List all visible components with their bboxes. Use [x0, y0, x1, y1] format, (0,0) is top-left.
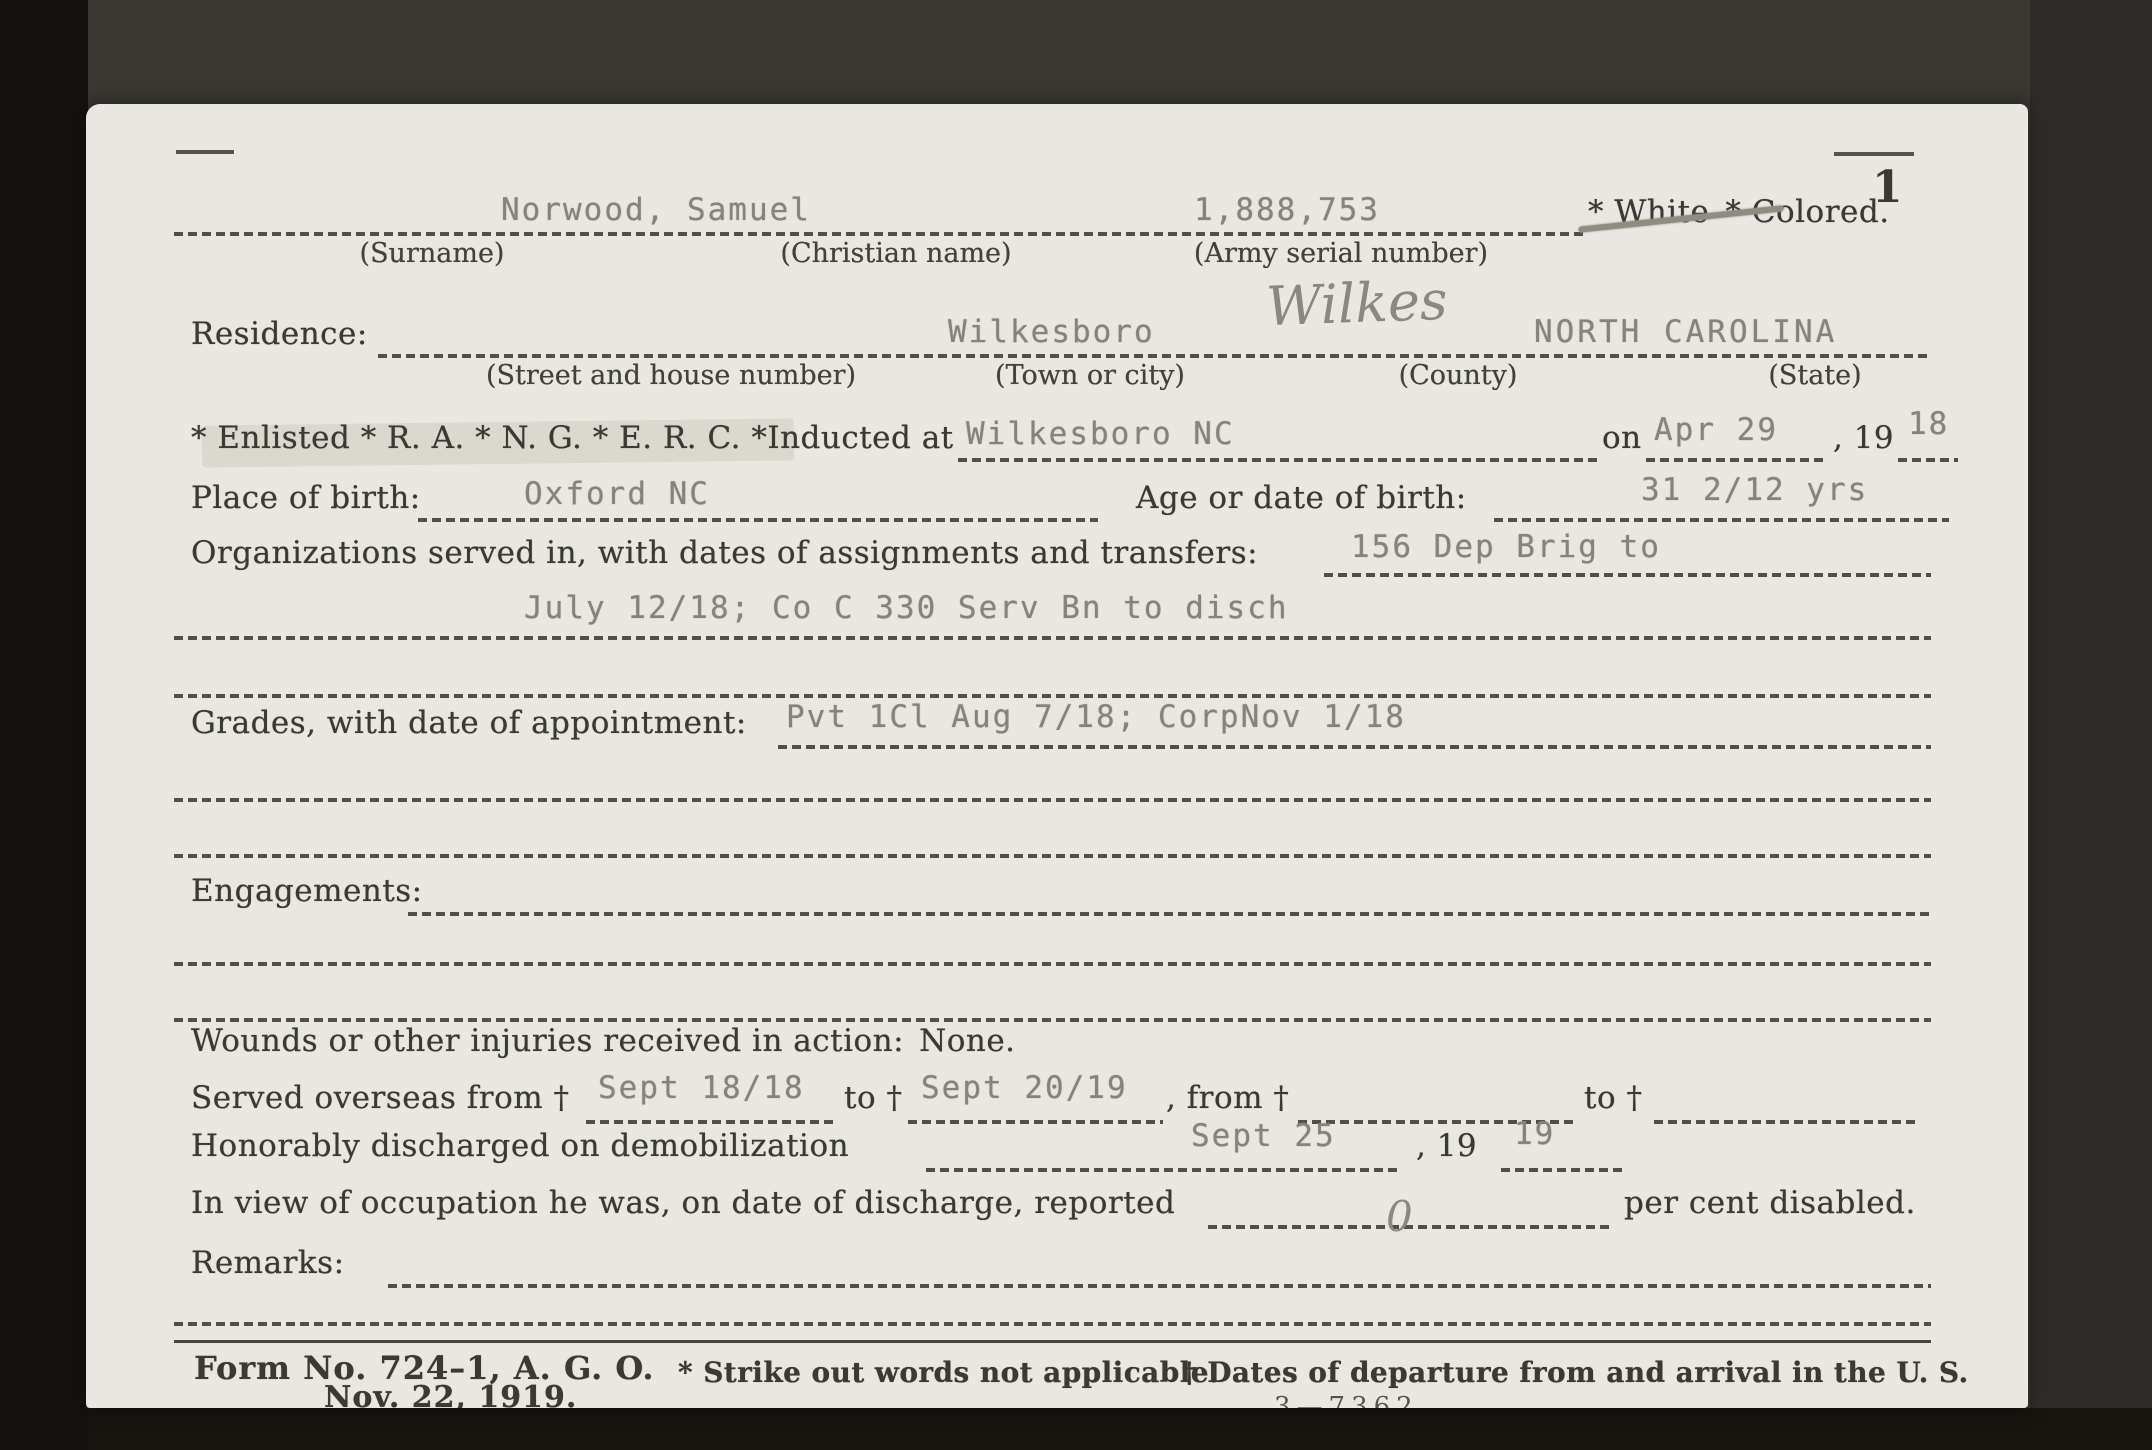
enlisted-inducted-label: * Enlisted * R. A. * N. G. * E. R. C. *I…: [191, 420, 954, 456]
discharge-year-value: 19: [1514, 1116, 1555, 1152]
induction-year-value: 18: [1908, 406, 1949, 442]
disability-prefix-label: In view of occupation he was, on date of…: [191, 1185, 1175, 1221]
age-or-date-of-birth-label: Age or date of birth:: [1136, 480, 1467, 516]
county-value-handwritten: Wilkes: [1265, 269, 1449, 338]
dotted-line: [1646, 458, 1828, 462]
wounds-row: Wounds or other injuries received in act…: [191, 1023, 1016, 1059]
dotted-line: [174, 854, 1931, 858]
dotted-line: [174, 694, 1931, 698]
grades-value: Pvt 1Cl Aug 7/18; CorpNov 1/18: [786, 699, 1406, 735]
county-label: (County): [1399, 360, 1518, 391]
organizations-label: Organizations served in, with dates of a…: [191, 535, 1258, 571]
service-record-card: 1 Norwood, Samuel 1,888,753 * White * Co…: [86, 104, 2028, 1408]
town-or-city-label: (Town or city): [995, 360, 1185, 391]
dotted-line: [958, 458, 1598, 462]
discharge-year-19-prefix: , 19: [1416, 1128, 1477, 1164]
place-of-birth-label: Place of birth:: [191, 480, 421, 516]
army-serial-number-label: (Army serial number): [1194, 238, 1488, 269]
place-of-birth-value: Oxford NC: [524, 476, 710, 512]
year-19-prefix: , 19: [1833, 420, 1894, 456]
per-cent-disabled-label: per cent disabled.: [1624, 1185, 1916, 1221]
overseas-from-date-value: Sept 18/18: [598, 1070, 805, 1106]
induction-date-value: Apr 29: [1654, 412, 1778, 448]
army-serial-number-value: 1,888,753: [1194, 192, 1380, 228]
discharge-date-value: Sept 25: [1191, 1118, 1336, 1154]
surname-christian-name-value: Norwood, Samuel: [501, 192, 811, 228]
scan-backdrop-right: [2030, 0, 2152, 1450]
honorably-discharged-label: Honorably discharged on demobilization: [191, 1128, 849, 1164]
dotted-line: [174, 232, 1584, 236]
state-value: NORTH CAROLINA: [1534, 314, 1837, 350]
state-label: (State): [1768, 360, 1861, 391]
dotted-line: [408, 912, 1931, 916]
percent-disabled-value-handwritten: 0: [1386, 1192, 1413, 1241]
organizations-value-line1: 156 Dep Brig to: [1351, 529, 1661, 565]
surname-label: (Surname): [360, 238, 505, 269]
dotted-line: [908, 1120, 1163, 1124]
overseas-from2-label: , from †: [1166, 1080, 1289, 1116]
overseas-to-date-value: Sept 20/19: [921, 1070, 1128, 1106]
dotted-line: [378, 354, 1931, 358]
dagger-note: † Dates of departure from and arrival in…: [1182, 1356, 1969, 1389]
strike-out-note: * Strike out words not applicable.: [678, 1356, 1219, 1389]
dotted-line: [174, 636, 1931, 640]
dotted-line: [926, 1168, 1398, 1172]
inducted-at-place-value: Wilkesboro NC: [966, 416, 1235, 452]
dotted-line: [1898, 458, 1958, 462]
form-date: Nov. 22, 1919.: [324, 1380, 577, 1408]
scan-backdrop-left: [0, 0, 88, 1450]
dotted-line: [1501, 1168, 1626, 1172]
wounds-label: Wounds or other injuries received in act…: [191, 1023, 904, 1059]
top-left-tick-mark: [176, 150, 234, 154]
remarks-label: Remarks:: [191, 1245, 345, 1281]
dotted-line: [778, 745, 1931, 749]
residence-label: Residence:: [191, 316, 368, 352]
overseas-to-label: to †: [844, 1080, 902, 1116]
dotted-line: [388, 1284, 1931, 1288]
overseas-to2-label: to †: [1584, 1080, 1642, 1116]
dotted-line: [174, 1018, 1931, 1022]
engagements-label: Engagements:: [191, 873, 423, 909]
dotted-line: [174, 798, 1931, 802]
organizations-value-line2: July 12/18; Co C 330 Serv Bn to disch: [524, 590, 1289, 626]
town-or-city-value: Wilkesboro: [948, 314, 1155, 350]
dotted-line: [1654, 1120, 1916, 1124]
dotted-line: [174, 1322, 1931, 1326]
served-overseas-from-label: Served overseas from †: [191, 1080, 570, 1116]
footer-rule: [174, 1340, 1931, 1343]
top-right-tick-mark: [1834, 152, 1914, 156]
christian-name-label: (Christian name): [780, 238, 1011, 269]
dotted-line: [174, 962, 1931, 966]
dotted-line: [586, 1120, 836, 1124]
dotted-line: [1324, 573, 1931, 577]
street-and-house-number-label: (Street and house number): [486, 360, 856, 391]
scanned-page: 1 Norwood, Samuel 1,888,753 * White * Co…: [0, 0, 2152, 1450]
dotted-line: [1494, 518, 1949, 522]
age-value: 31 2/12 yrs: [1641, 472, 1868, 508]
grades-label: Grades, with date of appointment:: [191, 705, 747, 741]
printer-code: 3—7362: [1274, 1392, 1419, 1408]
on-label: on: [1602, 420, 1642, 456]
wounds-value: None.: [919, 1023, 1015, 1059]
dotted-line: [418, 518, 1098, 522]
scan-backdrop-bottom: [88, 1408, 2152, 1450]
